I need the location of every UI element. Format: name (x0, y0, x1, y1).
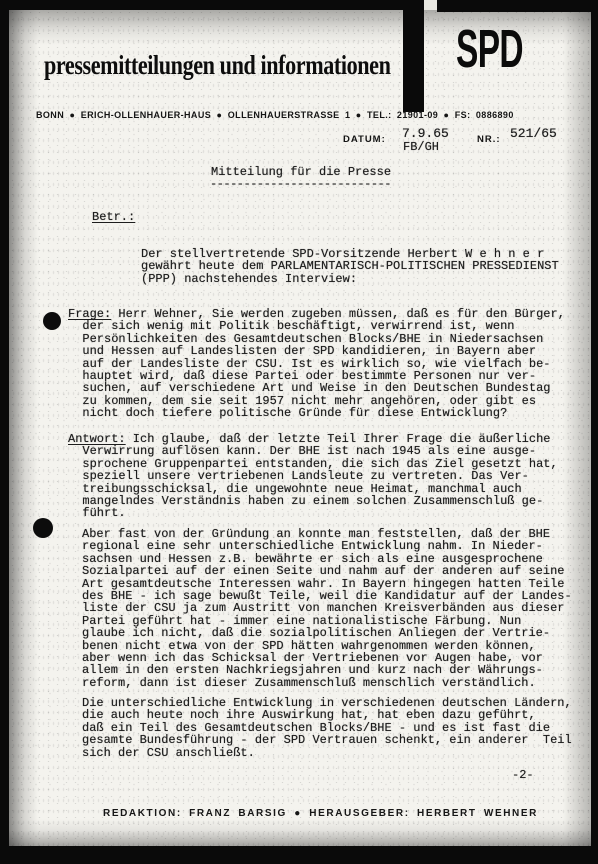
betreff-label: Betr.: (92, 211, 135, 223)
antwort-text: Ich glaube, daß der letzte Teil Ihrer Fr… (68, 432, 558, 520)
punch-hole-icon (43, 312, 61, 330)
heading-underline-dashes: --------------------------- (210, 178, 391, 190)
scan-border-notch (423, 0, 437, 10)
body-paragraph: Die unterschiedliche Entwicklung in vers… (82, 697, 572, 759)
datum-label: DATUM: (343, 134, 386, 145)
frage-text: Herr Wehner, Sie werden zugeben müssen, … (68, 307, 565, 420)
body-paragraph: Aber fast von der Gründung an konnte man… (82, 528, 572, 689)
masthead-title: pressemitteilungen und informationen (44, 50, 390, 81)
masthead-address-line: BONN ● ERICH-OLLENHAUER-HAUS ● OLLENHAUE… (36, 110, 514, 120)
question-paragraph: Frage: Herr Wehner, Sie werden zugeben m… (68, 308, 565, 420)
nr-value: 521/65 (510, 128, 557, 140)
intro-paragraph: Der stellvertretende SPD-Vorsitzende Her… (141, 248, 559, 285)
punch-hole-icon (33, 518, 53, 538)
page-number: -2- (512, 769, 534, 781)
answer-paragraph: Antwort: Ich glaube, daß der letzte Teil… (68, 433, 558, 520)
footer-imprint: REDAKTION: FRANZ BARSIG ● HERAUSGEBER: H… (103, 808, 538, 819)
masthead-divider-bar (403, 0, 424, 112)
nr-label: NR.: (477, 134, 501, 145)
scan-border-right (591, 0, 598, 864)
betreff-text: Betr.: (92, 210, 135, 224)
scan-border-top (0, 0, 423, 10)
scan-border-bottom (0, 846, 598, 864)
datum-ref-code: FB/GH (403, 141, 439, 153)
scanned-press-release: pressemitteilungen und informationen SPD… (0, 0, 598, 864)
scan-border-top-right (437, 0, 598, 12)
spd-logo: SPD (456, 22, 523, 76)
scan-border-left (0, 0, 9, 864)
datum-value: 7.9.65 (402, 128, 449, 140)
